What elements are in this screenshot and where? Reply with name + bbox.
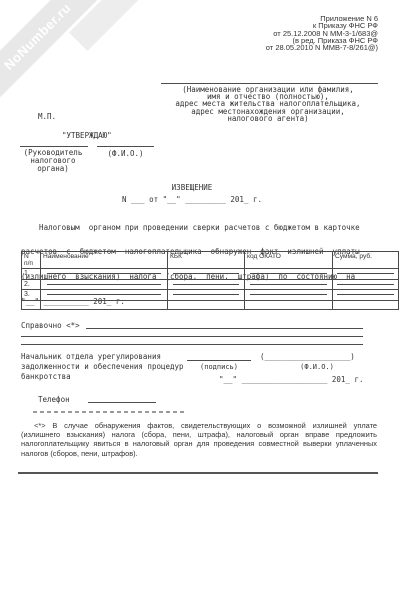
org-caption: (Наименование организации или фамилия, и… (158, 86, 378, 122)
bottom-rule (18, 472, 378, 474)
footnote-line: налогов (сборов, пени, штрафов). (21, 449, 377, 458)
table-row: 2. (22, 279, 399, 290)
cell-name (41, 279, 168, 290)
cell-kbk (168, 290, 245, 301)
table-row-empty (22, 300, 399, 309)
blank-field-line (337, 273, 394, 274)
blank-field-line (47, 284, 160, 285)
appendix-note: Приложение N 6 к Приказу ФНС РФ от 25.12… (266, 15, 378, 51)
table-row: 1. (22, 269, 399, 280)
signature-blank-line (187, 354, 251, 361)
row-number: 2. (22, 279, 41, 290)
signer-position-line: задолженности и обеспечения процедур (21, 362, 184, 372)
head-caption-line: органа) (21, 165, 85, 173)
head-fio-line (97, 140, 154, 147)
row-number (22, 300, 41, 309)
footnote-separator (33, 411, 185, 413)
cell-okato (245, 269, 333, 280)
cell-name (41, 269, 168, 280)
blank-field-line (337, 294, 394, 295)
col-header-sum: Сумма, руб. (333, 252, 399, 269)
row-number: 3. (22, 290, 41, 301)
document-number-line: N ___ от "__" _________ 201_ г. (21, 195, 363, 204)
footnote-line: <*> В случае обнаружения фактов, свидете… (21, 421, 377, 430)
cell-name (41, 300, 168, 309)
blank-field-line (173, 294, 240, 295)
reference-blank-line (21, 338, 363, 345)
blank-field-line (250, 273, 327, 274)
cell-sum (333, 300, 399, 309)
signer-position-line: банкротства (21, 372, 184, 382)
signer-position-line: Начальник отдела урегулирования (21, 352, 184, 362)
reference-label: Справочно <*> (21, 321, 80, 330)
cell-kbk (168, 300, 245, 309)
approve-label: "УТВЕРЖДАЮ" (62, 131, 112, 140)
body-paragraph-line: Налоговым органом при проведении сверки … (21, 224, 360, 232)
reference-blank-line (21, 330, 363, 337)
cell-okato (245, 300, 333, 309)
blank-field-line (173, 273, 240, 274)
cell-okato (245, 290, 333, 301)
fio-caption: (Ф.И.О.) (282, 363, 352, 371)
date-line: "__" ___________________ 201_ г. (219, 375, 364, 384)
head-fio-caption: (Ф.И.О.) (97, 149, 154, 158)
signature-caption: (подпись) (187, 363, 251, 371)
blank-field-line (337, 284, 394, 285)
cell-sum (333, 269, 399, 280)
blank-field-line (173, 284, 240, 285)
document-title: ИЗВЕЩЕНИЕ (21, 183, 363, 192)
blank-field-line (250, 294, 327, 295)
amounts-table: N п/п Наименование КБК код ОКАТО Сумма, … (21, 251, 399, 310)
cell-sum (333, 279, 399, 290)
col-header-num: N п/п (22, 252, 41, 269)
stamp-label: М.П. (38, 112, 56, 121)
cell-name (41, 290, 168, 301)
org-caption-line: налогового агента) (158, 115, 378, 122)
col-header-kbk: КБК (168, 252, 245, 269)
notice-title-block: ИЗВЕЩЕНИЕ N ___ от "__" _________ 201_ г… (21, 183, 363, 204)
cell-kbk (168, 269, 245, 280)
head-caption: (Руководитель налогового органа) (21, 149, 85, 173)
cell-kbk (168, 279, 245, 290)
phone-blank-line (88, 397, 156, 403)
cell-okato (245, 279, 333, 290)
col-header-okato: код ОКАТО (245, 252, 333, 269)
table-header-row: N п/п Наименование КБК код ОКАТО Сумма, … (22, 252, 399, 269)
footnote: <*> В случае обнаружения фактов, свидете… (21, 421, 377, 458)
head-signature-line (20, 140, 88, 147)
blank-field-line (250, 284, 327, 285)
fio-blank-field: (___________________) (260, 352, 355, 361)
org-name-signature-line (161, 83, 378, 84)
footnote-line: налогоплательщику явиться в налоговый ор… (21, 439, 377, 448)
blank-field-line (47, 294, 160, 295)
row-number: 1. (22, 269, 41, 280)
cell-sum (333, 290, 399, 301)
document-page: NoNumber.ru Приложение N 6 к Приказу ФНС… (0, 0, 420, 600)
table-row: 3. (22, 290, 399, 301)
col-header-name: Наименование (41, 252, 168, 269)
blank-field-line (47, 273, 160, 274)
signer-position: Начальник отдела урегулирования задолжен… (21, 352, 184, 382)
reference-blank-line (86, 322, 363, 329)
watermark-text: NoNumber.ru (1, 0, 74, 73)
footnote-line: (излишнего взыскания) налога (сбора, пен… (21, 430, 377, 439)
appendix-note-line: от 28.05.2010 N ММВ-7-8/261@) (266, 44, 378, 51)
phone-label: Телефон (38, 395, 70, 404)
